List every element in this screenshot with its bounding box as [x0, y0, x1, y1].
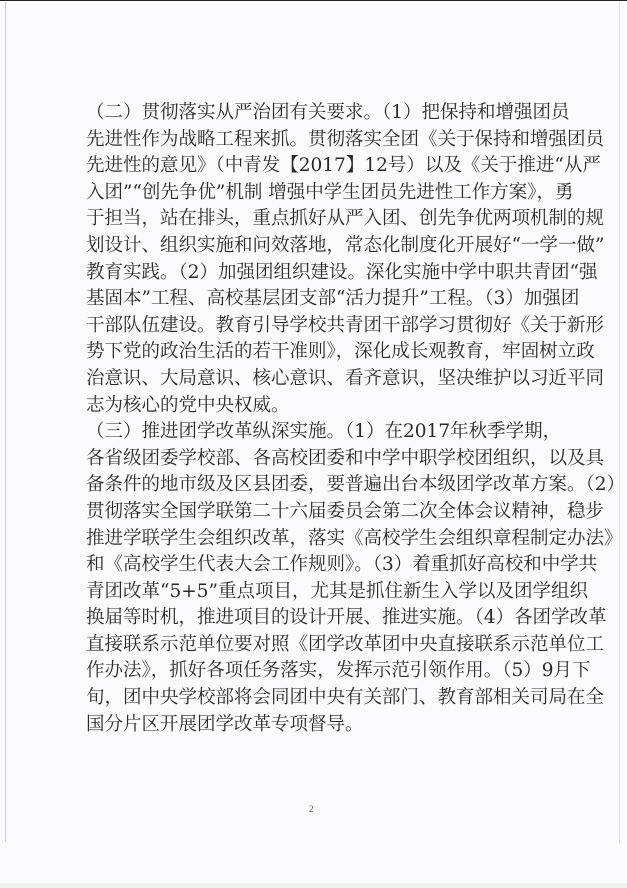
page-number: 2: [309, 804, 314, 814]
text-line: 旬，团中央学校部将会同团中央有关部门、教育部相关司局在全: [86, 685, 546, 712]
text-line: 先进性作为战略工程来抓。贯彻落实全团《关于保持和增强团员: [86, 127, 546, 154]
text-line: 干部队伍建设。教育引导学校共青团干部学习贯彻好《关于新形: [86, 313, 546, 340]
page-left-edge: [5, 2, 6, 842]
text-line: 备条件的地市级及区县团委，要普遍出台本级团学改革方案。（2）: [86, 472, 546, 499]
text-line: 划设计、组织实施和问效落地，常态化制度化开展好“一学一做”: [86, 233, 546, 260]
text-line: 势下党的政治生活的若干准则》，深化成长观教育，牢固树立政: [86, 339, 546, 366]
text-line: 志为核心的党中央权威。: [86, 393, 546, 420]
page-right-edge: [619, 2, 620, 844]
text-line: 治意识、大局意识、核心意识、看齐意识，坚决维护以习近平同: [86, 366, 546, 393]
paragraph-league-reform: （三）推进团学改革纵深实施。（1）在2017年秋季学期， 各省级团委学校部、各高…: [86, 419, 546, 738]
text-line: 换届等时机，推进项目的设计开展、推进实施。（4）各团学改革: [86, 605, 546, 632]
text-line: 推进学联学生会组织改革，落实《高校学生会组织章程制定办法》: [86, 526, 546, 553]
scanned-document-page: （二）贯彻落实从严治团有关要求。（1）把保持和增强团员 先进性作为战略工程来抓。…: [0, 0, 627, 888]
text-line: 国分片区开展团学改革专项督导。: [86, 712, 546, 739]
page-bottom-edge: [0, 883, 627, 888]
text-line: 作办法》，抓好各项任务落实，发挥示范引领作用。（5）9月下: [86, 658, 546, 685]
document-body: （二）贯彻落实从严治团有关要求。（1）把保持和增强团员 先进性作为战略工程来抓。…: [86, 100, 546, 738]
page-top-border: [0, 0, 627, 1]
text-line: 贯彻落实全国学联第二十六届委员会第二次全体会议精神，稳步: [86, 499, 546, 526]
text-line: 青团改革“5+5”重点项目，尤其是抓住新生入学以及团学组织: [86, 579, 546, 606]
text-line: 直接联系示范单位要对照《团学改革团中央直接联系示范单位工: [86, 632, 546, 659]
text-line: 先进性的意见》（中青发【2017】12号）以及《关于推进“从严: [86, 153, 546, 180]
text-line: 各省级团委学校部、各高校团委和中学中职学校团组织，以及具: [86, 446, 546, 473]
text-line: 教育实践。（2）加强团组织建设。深化实施中学中职共青团“强: [86, 260, 546, 287]
text-line: 入团”“创先争优”机制 增强中学生团员先进性工作方案》，勇: [86, 180, 546, 207]
text-line: 基固本”工程、高校基层团支部“活力提升”工程。（3）加强团: [86, 286, 546, 313]
text-line: （二）贯彻落实从严治团有关要求。（1）把保持和增强团员: [86, 100, 546, 127]
paragraph-strict-league-governance: （二）贯彻落实从严治团有关要求。（1）把保持和增强团员 先进性作为战略工程来抓。…: [86, 100, 546, 419]
text-line: 于担当，站在排头，重点抓好从严入团、创先争优两项机制的规: [86, 206, 546, 233]
text-line: 和《高校学生代表大会工作规则》。（3）着重抓好高校和中学共: [86, 552, 546, 579]
text-line: （三）推进团学改革纵深实施。（1）在2017年秋季学期，: [86, 419, 546, 446]
